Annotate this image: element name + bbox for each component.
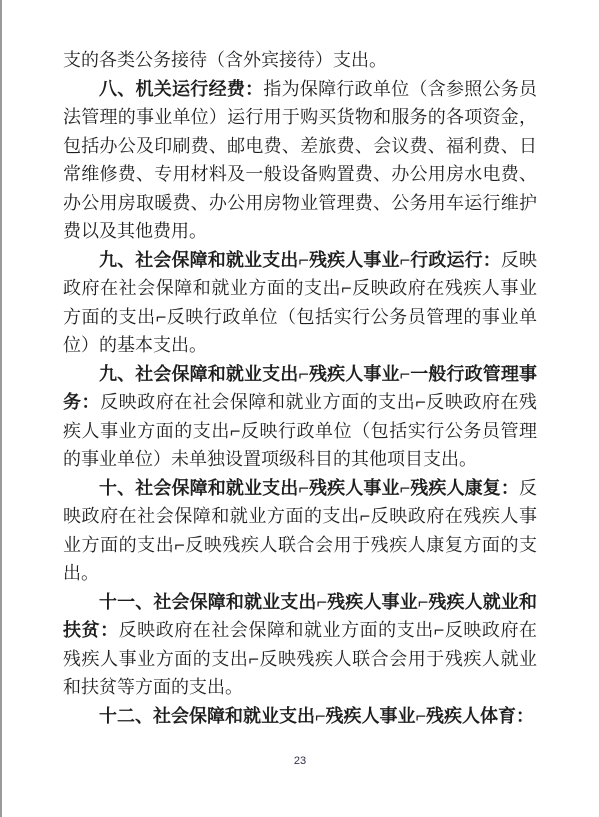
paragraph-continuation: 支的各类公务接待（含外宾接待）支出。 <box>63 46 537 75</box>
paragraph-item-9a: 九、社会保障和就业支出⌐残疾人事业⌐行政运行：反映政府在社会保障和就业方面的支出… <box>63 246 537 360</box>
paragraph-body: 指为保障行政单位（含参照公务员法管理的事业单位）运行用于购买货物和服务的各项资金… <box>63 79 537 242</box>
paragraph-item-9b: 九、社会保障和就业支出⌐残疾人事业⌐一般行政管理事务：反映政府在社会保障和就业方… <box>63 360 537 474</box>
paragraph-body: 反映政府在社会保障和就业方面的支出⌐反映政府在残疾人事业方面的支出⌐反映行政单位… <box>63 392 537 469</box>
paragraph-lead: 十、社会保障和就业支出⌐残疾人事业⌐残疾人康复： <box>99 478 519 498</box>
paragraph-item-8: 八、机关运行经费：指为保障行政单位（含参照公务员法管理的事业单位）运行用于购买货… <box>63 75 537 246</box>
paragraph-lead: 九、社会保障和就业支出⌐残疾人事业⌐行政运行： <box>99 250 501 270</box>
paragraph-lead: 八、机关运行经费： <box>99 79 263 99</box>
paragraph-item-11: 十一、社会保障和就业支出⌐残疾人事业⌐残疾人就业和扶贫：反映政府在社会保障和就业… <box>63 588 537 702</box>
scan-edge-left <box>0 0 2 817</box>
paragraph-lead: 十二、社会保障和就业支出⌐残疾人事业⌐残疾人体育： <box>99 706 534 726</box>
paragraph-item-12: 十二、社会保障和就业支出⌐残疾人事业⌐残疾人体育： <box>63 702 537 731</box>
text-column: 支的各类公务接待（含外宾接待）支出。 八、机关运行经费：指为保障行政单位（含参照… <box>63 46 537 730</box>
page-number: 23 <box>0 755 600 767</box>
paragraph-body: 支的各类公务接待（含外宾接待）支出。 <box>63 50 387 70</box>
paragraph-item-10: 十、社会保障和就业支出⌐残疾人事业⌐残疾人康复：反映政府在社会保障和就业方面的支… <box>63 474 537 588</box>
paragraph-body: 反映政府在社会保障和就业方面的支出⌐反映政府在残疾人事业方面的支出⌐反映残疾人联… <box>63 620 537 697</box>
document-page: 支的各类公务接待（含外宾接待）支出。 八、机关运行经费：指为保障行政单位（含参照… <box>0 0 600 817</box>
